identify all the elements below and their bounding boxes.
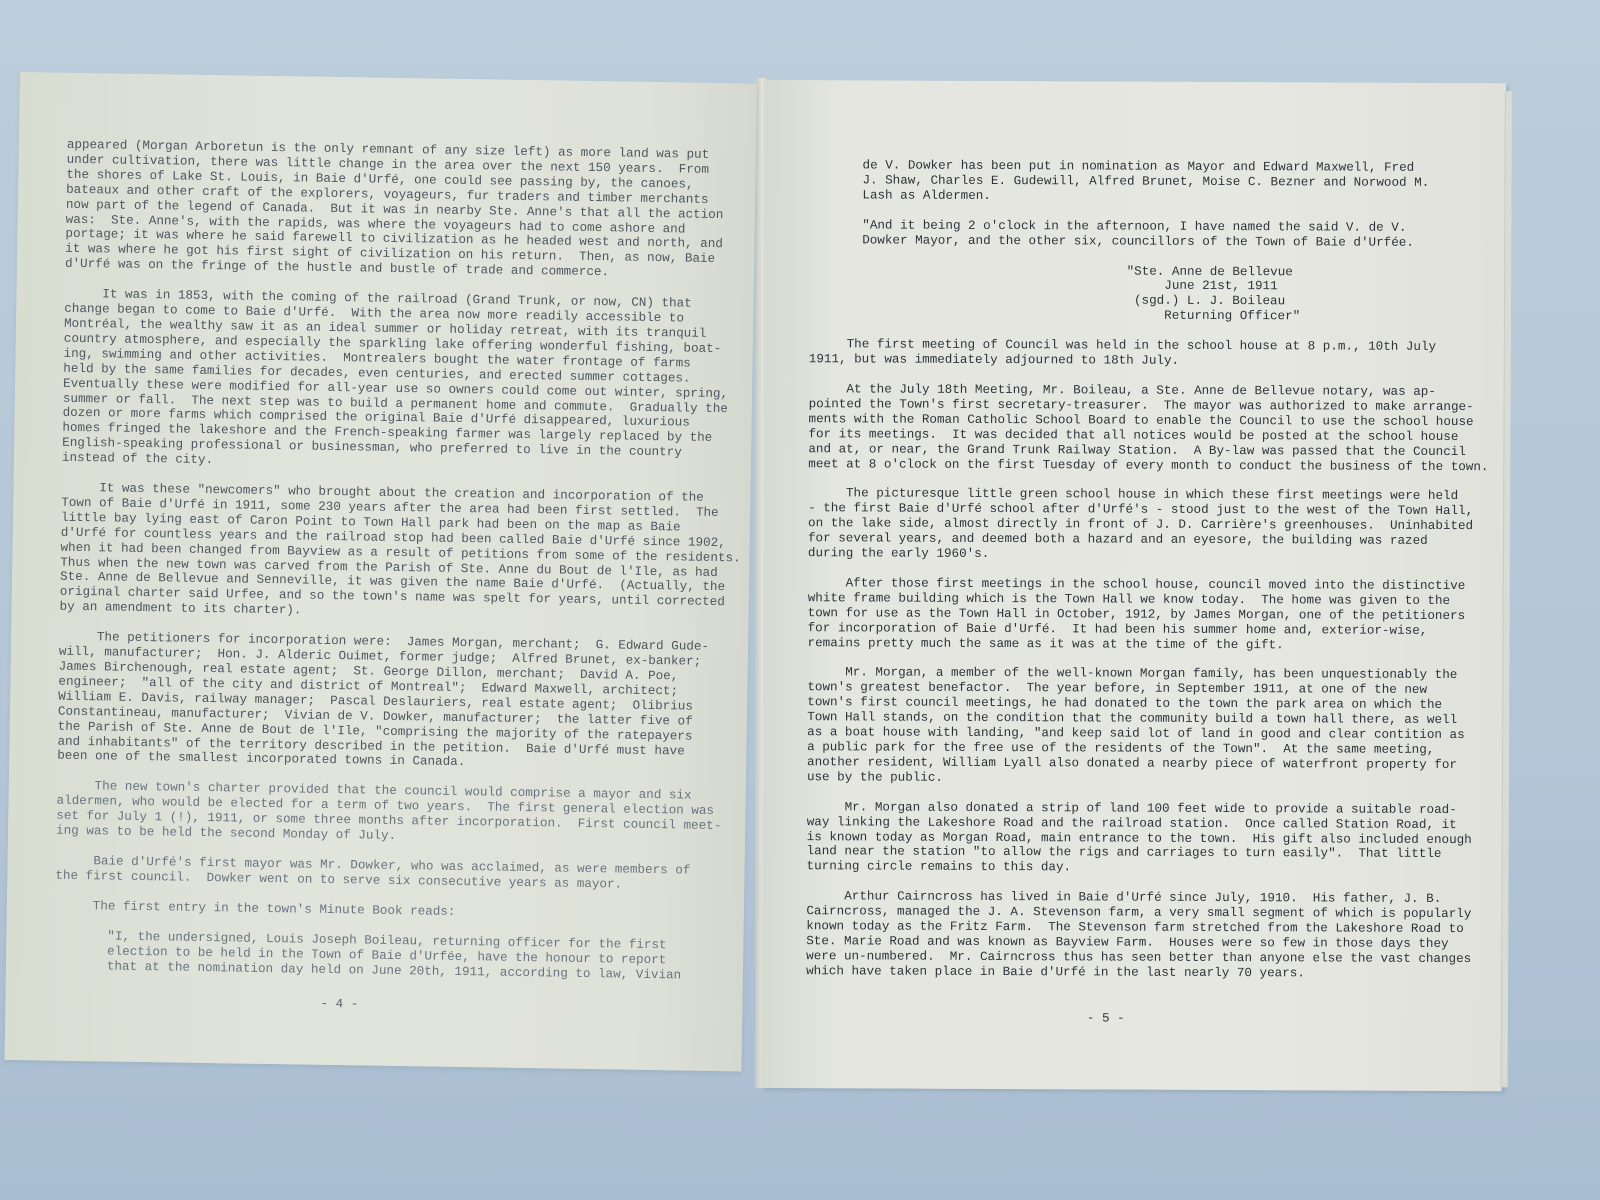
page-number-left: - 4 - <box>320 997 358 1012</box>
right_page-paragraph: At the July 18th Meeting, Mr. Boileau, a… <box>808 382 1489 474</box>
left_page-paragraph: appeared (Morgan Arboretun is the only r… <box>65 138 747 283</box>
left_page-paragraph: It was these "newcomers" who brought abo… <box>59 481 741 626</box>
right_page-paragraph: Arthur Cairncross has lived in Baie d'Ur… <box>806 889 1487 981</box>
text-line: 1911, but was immediately adjourned to 1… <box>809 352 1489 370</box>
left_page-paragraph: The new town's charter provided that the… <box>56 779 737 849</box>
right_page-paragraph: The first meeting of Council was held in… <box>809 337 1489 370</box>
text-line: Lash as Aldermen. <box>809 188 1489 206</box>
right_page-paragraph: de V. Dowker has been put in nomination … <box>809 158 1489 206</box>
text-line: Returning Officer" <box>809 307 1489 325</box>
left-page-text: appeared (Morgan Arboretun is the only r… <box>54 138 747 984</box>
right_page-paragraph: "And it being 2 o'clock in the afternoon… <box>809 218 1489 251</box>
left-page: appeared (Morgan Arboretun is the only r… <box>4 72 756 1071</box>
left_page-paragraph: "I, the undersigned, Louis Joseph Boilea… <box>54 928 735 983</box>
left_page-paragraph: The petitioners for incorporation were: … <box>57 630 739 775</box>
text-line: during the early 1960's. <box>808 546 1488 564</box>
right_page-paragraph: The picturesque little green school hous… <box>808 487 1489 564</box>
right_page-paragraph: Mr. Morgan, a member of the well-known M… <box>807 666 1488 788</box>
text-line: use by the public. <box>807 770 1487 788</box>
text-line: Dowker Mayor, and the other six, council… <box>809 233 1489 251</box>
right_page-paragraph: "Ste. Anne de Bellevue June 21st, 1911 (… <box>809 263 1489 326</box>
left_page-paragraph: It was in 1853, with the coming of the r… <box>62 287 745 477</box>
right-page-text: de V. Dowker has been put in nomination … <box>806 158 1490 982</box>
right_page-paragraph: Mr. Morgan also donated a strip of land … <box>807 800 1488 877</box>
right-page: de V. Dowker has been put in nomination … <box>762 80 1506 1091</box>
right_page-paragraph: After those first meetings in the school… <box>808 576 1489 653</box>
page-number-right: - 5 - <box>1087 1011 1125 1025</box>
text-line: which have taken place in Baie d'Urfé in… <box>806 964 1486 982</box>
